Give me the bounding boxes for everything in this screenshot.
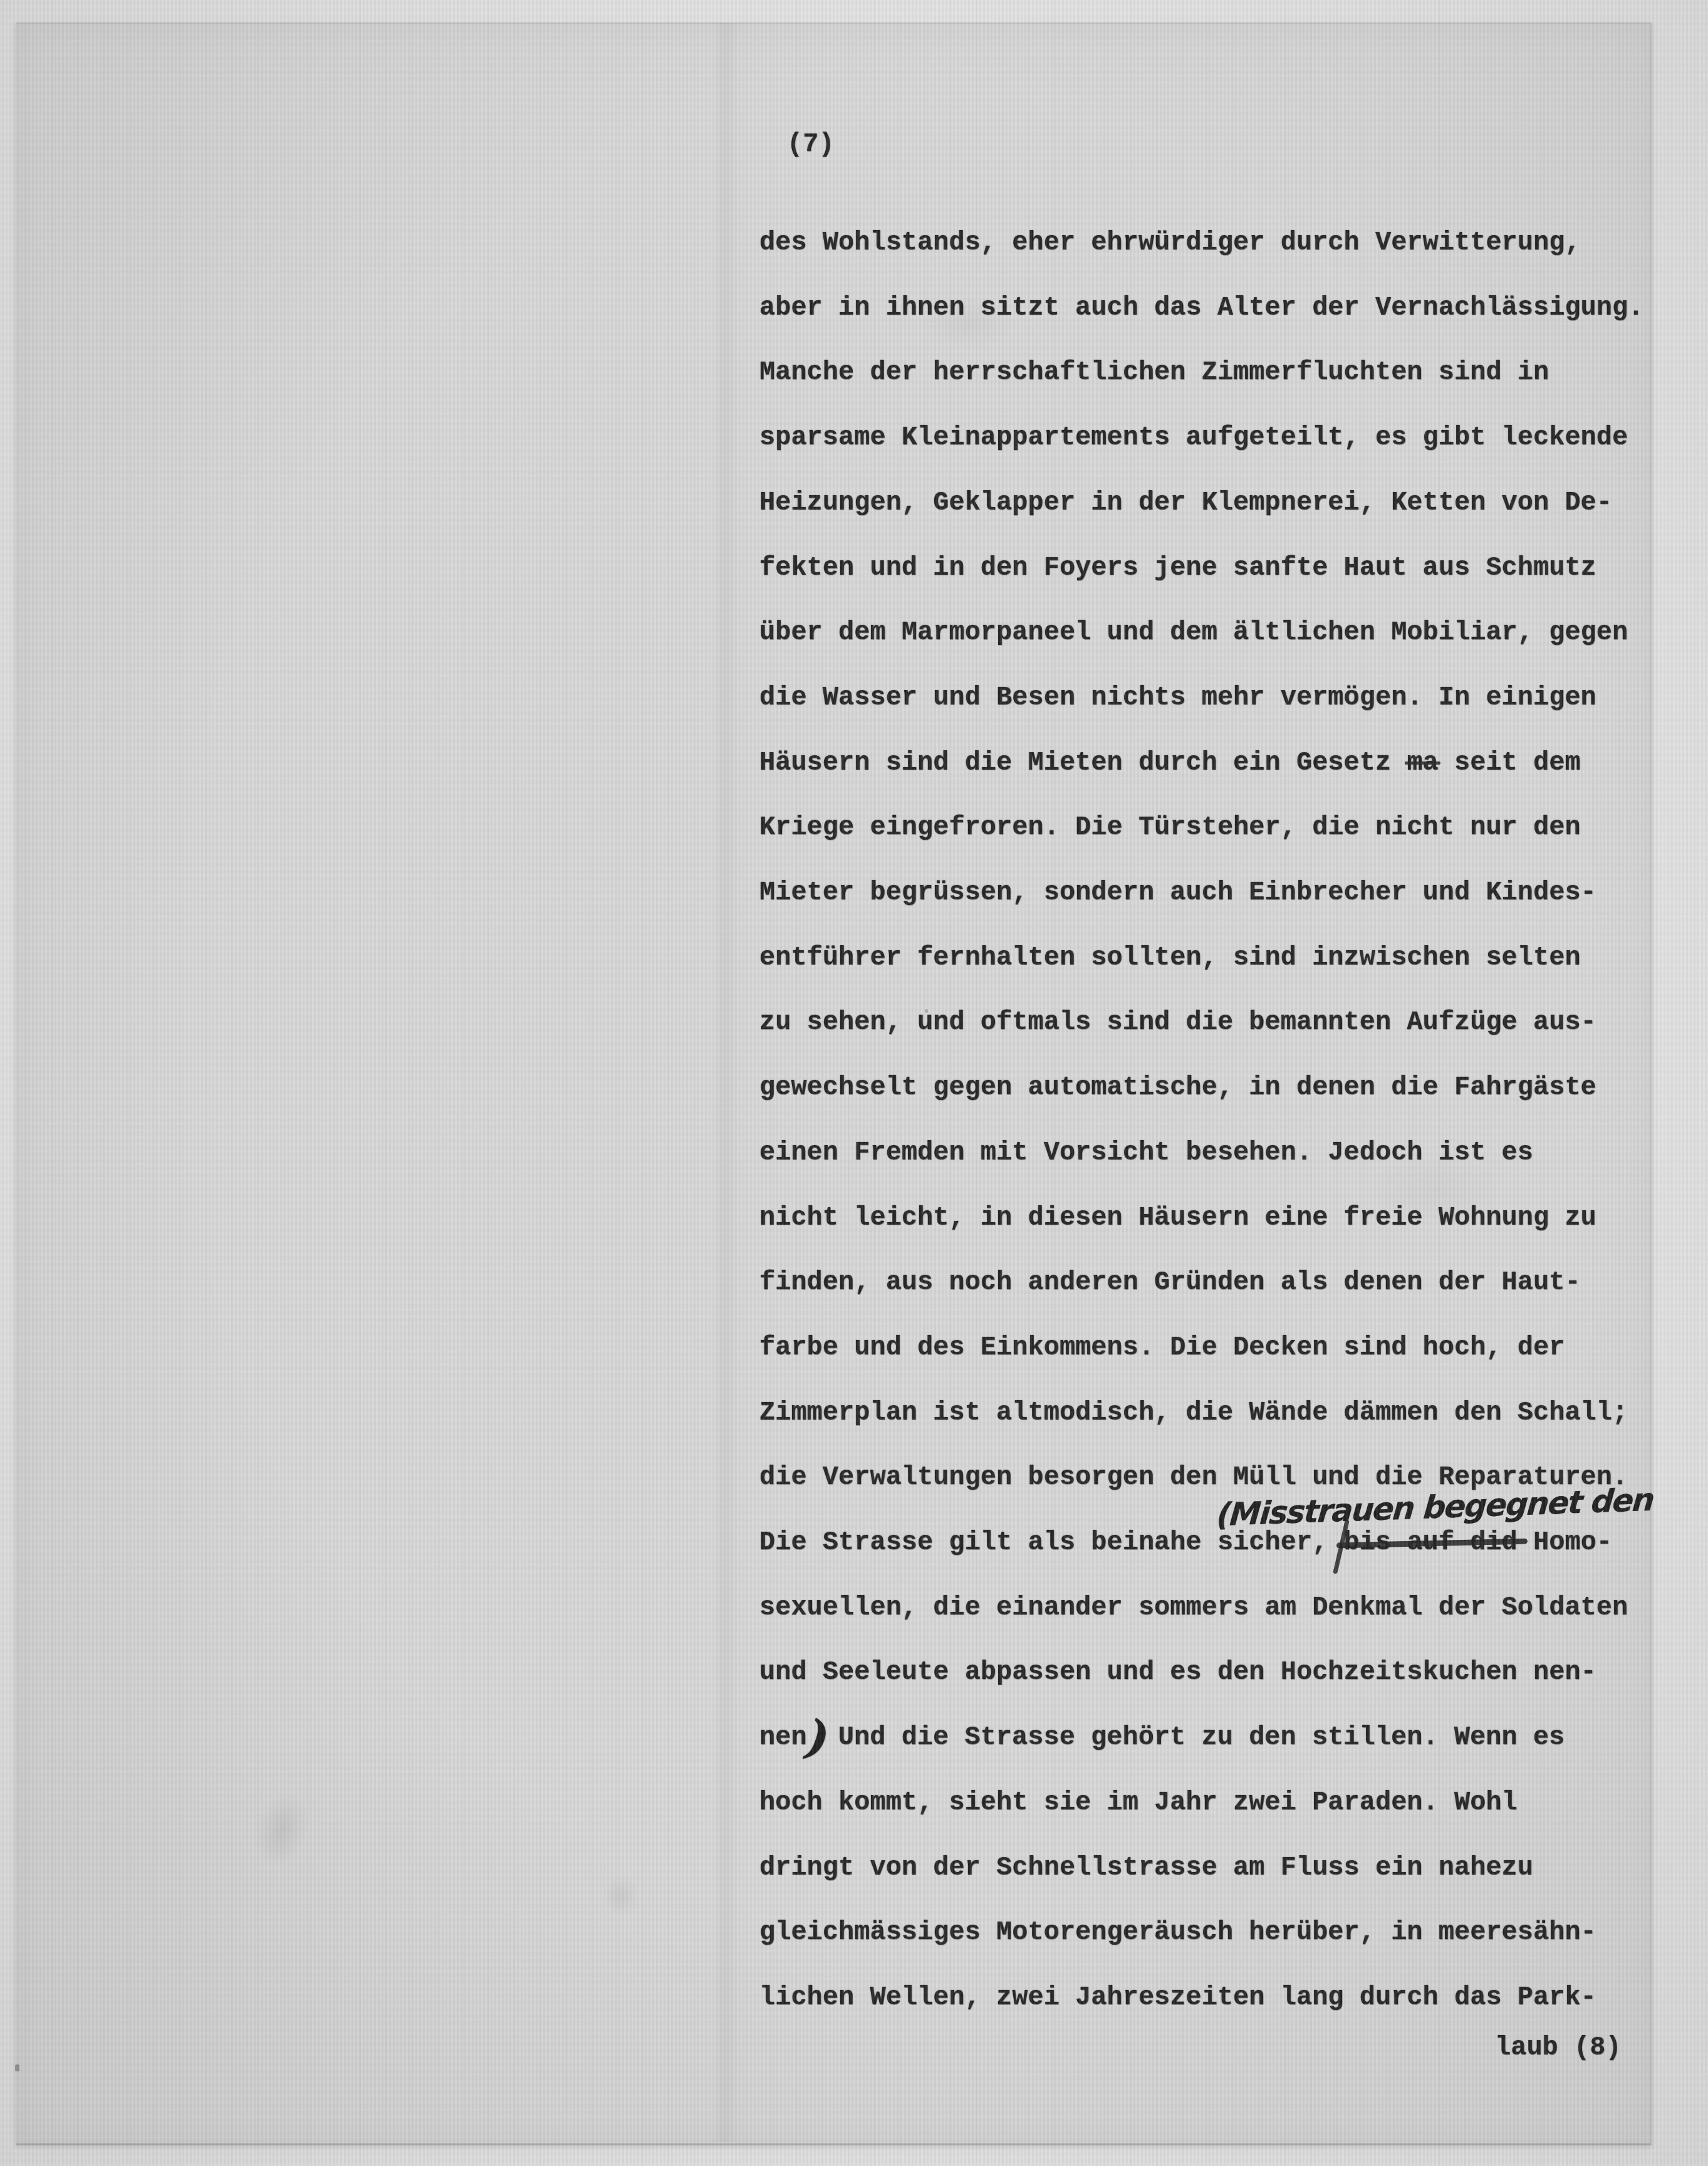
typed-line: entführer fernhalten sollten, sind inzwi… — [759, 944, 1581, 971]
typed-text: Mieter begrüssen, sondern auch Einbreche… — [759, 877, 1596, 908]
typed-text: entführer fernhalten sollten, sind inzwi… — [759, 943, 1581, 973]
typed-text: fekten und in den Foyers jene sanfte Hau… — [759, 553, 1596, 583]
typed-line: hoch kommt, sieht sie im Jahr zwei Parad… — [759, 1789, 1518, 1816]
typed-line: dringt von der Schnellstrasse am Fluss e… — [759, 1855, 1533, 1881]
typed-text: Häusern sind die Mieten durch ein Gesetz — [759, 748, 1407, 778]
typed-line: Kriege eingefroren. Die Türsteher, die n… — [759, 814, 1581, 840]
typed-text: Manche der herrschaftlichen Zimmerflucht… — [759, 357, 1549, 387]
typed-line: Manche der herrschaftlichen Zimmerflucht… — [759, 359, 1549, 385]
typed-text: gewechselt gegen automatische, in denen … — [759, 1072, 1596, 1102]
typed-line: und Seeleute abpassen und es den Hochzei… — [759, 1659, 1596, 1685]
typed-text: aber in ihnen sitzt auch das Alter der V… — [759, 293, 1643, 323]
typed-text: finden, aus noch anderen Gründen als den… — [759, 1267, 1581, 1297]
scanned-typescript-page: { "document": { "page_number": "(7)", "h… — [0, 0, 1708, 2166]
typed-text: nicht leicht, in diesen Häusern eine fre… — [759, 1203, 1596, 1233]
handwritten-paren: ) — [807, 1737, 823, 1739]
typed-line: fekten und in den Foyers jene sanfte Hau… — [759, 555, 1596, 581]
typed-line: zu sehen, und oftmals sind die bemannten… — [759, 1009, 1596, 1035]
typed-line: die Wasser und Besen nichts mehr vermöge… — [759, 684, 1596, 711]
typed-text: Zimmerplan ist altmodisch, die Wände däm… — [759, 1398, 1628, 1428]
typed-line: Mieter begrüssen, sondern auch Einbreche… — [759, 879, 1596, 906]
typed-text: Homo- — [1518, 1527, 1612, 1557]
typed-text: des Wohlstands, eher ehrwürdiger durch V… — [759, 228, 1581, 258]
typed-line: des Wohlstands, eher ehrwürdiger durch V… — [759, 229, 1581, 256]
typed-text: sexuellen, die einander sommers am Denkm… — [759, 1593, 1628, 1623]
typed-line: sparsame Kleinappartements aufgeteilt, e… — [759, 424, 1628, 451]
typed-text: hoch kommt, sieht sie im Jahr zwei Parad… — [759, 1787, 1518, 1818]
typed-text: gleichmässiges Motorengeräusch herüber, … — [759, 1917, 1596, 1947]
typed-text: und Seeleute abpassen und es den Hochzei… — [759, 1657, 1596, 1687]
typed-line: Häusern sind die Mieten durch ein Gesetz… — [759, 750, 1581, 776]
typed-text: zu sehen, und oftmals sind die bemannten… — [759, 1007, 1596, 1037]
typed-line: einen Fremden mit Vorsicht besehen. Jedo… — [759, 1139, 1533, 1166]
typed-text: farbe und des Einkommens. Die Decken sin… — [759, 1332, 1565, 1363]
typed-text: einen Fremden mit Vorsicht besehen. Jedo… — [759, 1138, 1533, 1168]
page-number: (7) — [787, 131, 835, 157]
typed-text: Heizungen, Geklapper in der Klempnerei, … — [759, 488, 1612, 518]
typed-line: nicht leicht, in diesen Häusern eine fre… — [759, 1205, 1596, 1231]
typed-text: über dem Marmorpaneel und dem ältlichen … — [759, 617, 1628, 647]
typed-text: seit dem — [1439, 748, 1581, 778]
typed-line: lichen Wellen, zwei Jahreszeiten lang du… — [759, 1984, 1596, 2011]
typed-line: gewechselt gegen automatische, in denen … — [759, 1074, 1596, 1101]
typed-text: sparsame Kleinappartements aufgeteilt, e… — [759, 422, 1628, 453]
typed-line: finden, aus noch anderen Gründen als den… — [759, 1269, 1581, 1295]
typed-text: Die Strasse gilt als beinahe sicher, — [759, 1527, 1344, 1557]
overtyped-struck-text: ma — [1407, 750, 1438, 776]
typed-text: dringt von der Schnellstrasse am Fluss e… — [759, 1853, 1533, 1883]
typed-text: Und die Strasse gehört zu den stillen. W… — [823, 1722, 1565, 1752]
hand-struck-text: bis auf did — [1344, 1529, 1518, 1556]
typed-line: aber in ihnen sitzt auch das Alter der V… — [759, 295, 1643, 321]
typed-text: nen — [759, 1722, 807, 1752]
typed-line: über dem Marmorpaneel und dem ältlichen … — [759, 619, 1628, 646]
typed-text: Kriege eingefroren. Die Türsteher, die n… — [759, 812, 1581, 842]
typed-line: Zimmerplan ist altmodisch, die Wände däm… — [759, 1400, 1628, 1426]
typed-line: nen) Und die Strasse gehört zu den still… — [759, 1724, 1565, 1750]
typed-line: Heizungen, Geklapper in der Klempnerei, … — [759, 489, 1612, 516]
typed-line: gleichmässiges Motorengeräusch herüber, … — [759, 1919, 1596, 1945]
catchword-next-page: laub (8) — [1495, 2034, 1622, 2061]
typed-text: lichen Wellen, zwei Jahreszeiten lang du… — [759, 1982, 1596, 2012]
typed-line: farbe und des Einkommens. Die Decken sin… — [759, 1334, 1565, 1361]
typed-line: Die Strasse gilt als beinahe sicher, bis… — [759, 1529, 1612, 1556]
typed-text: die Wasser und Besen nichts mehr vermöge… — [759, 683, 1596, 713]
typed-line: sexuellen, die einander sommers am Denkm… — [759, 1594, 1628, 1621]
